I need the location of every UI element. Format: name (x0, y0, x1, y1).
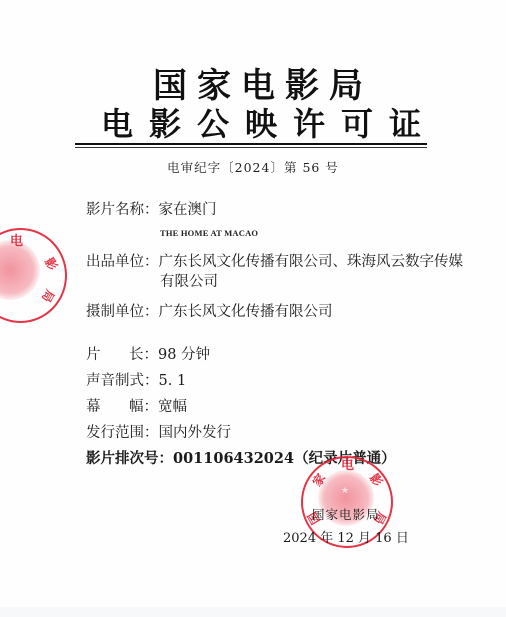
sound-format-label: 声音制式： (86, 371, 159, 391)
field-length: 片长：98 分钟 (86, 345, 210, 365)
film-english-title: THE HOME AT MACAO (160, 228, 258, 238)
field-filming-unit: 摄制单位：广东长风文化传播有限公司 (86, 302, 333, 322)
issue-date: 2024 年 12 月 16 日 (283, 527, 409, 546)
certificate-title: 电影公映许可证 (0, 104, 506, 144)
sound-format-value: 5. 1 (159, 371, 187, 391)
distribution-scope-label: 发行范围： (86, 423, 159, 443)
producer-label: 出品单位： (86, 252, 159, 272)
field-film-name: 影片名称：家在澳门 (86, 200, 217, 220)
left-seal-char-dian: 电 (10, 236, 23, 248)
screen-value: 宽幅 (158, 397, 187, 417)
title-rule-thin (75, 147, 427, 148)
screen-label-b: 幅： (129, 397, 158, 417)
filming-unit-value: 广东长风文化传播有限公司 (159, 302, 333, 322)
document-number: 电审纪字〔2024〕第 56 号 (0, 158, 506, 176)
document-page: 国家电影局 电影公映许可证 电审纪字〔2024〕第 56 号 电 影 局 影片名… (0, 0, 506, 617)
release-number-label: 影片排次号： (86, 449, 173, 469)
field-screen: 幕幅：宽幅 (86, 397, 187, 417)
field-distribution-scope: 发行范围：国内外发行 (86, 423, 231, 443)
title-rule-thick (75, 143, 427, 145)
issuer-title: 国家电影局 (0, 66, 506, 106)
length-label-b: 长： (129, 345, 158, 365)
field-sound-format: 声音制式：5. 1 (86, 371, 186, 391)
producer-value-line1: 广东长风文化传播有限公司、珠海风云数字传媒 (159, 252, 464, 272)
length-label-a: 片 (86, 345, 129, 365)
page-bottom-edge (0, 607, 506, 617)
seal-ring-char-3: 电 (341, 460, 354, 472)
length-value: 98 分钟 (158, 345, 210, 365)
film-name-value: 家在澳门 (159, 200, 217, 220)
distribution-scope-value: 国内外发行 (159, 423, 232, 443)
filming-unit-label: 摄制单位： (86, 302, 159, 322)
screen-label-a: 幕 (86, 397, 129, 417)
film-name-label: 影片名称： (86, 200, 159, 220)
seal-issuer-text: 国家电影局 (312, 505, 380, 523)
producer-value-line2: 有限公司 (160, 272, 218, 292)
field-producer: 出品单位：广东长风文化传播有限公司、珠海风云数字传媒 (86, 252, 463, 272)
